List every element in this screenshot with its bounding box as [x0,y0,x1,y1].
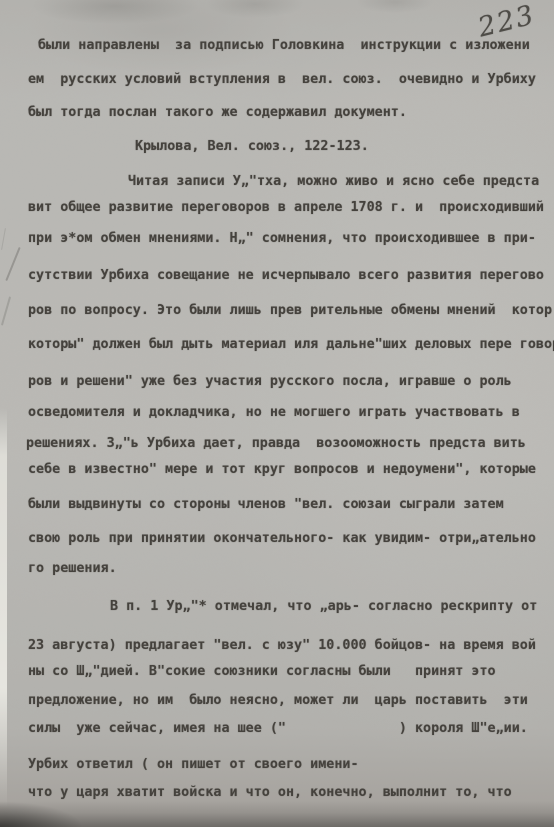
text-line: ров и решени" уже без участия русского п… [28,374,512,390]
text-line: ем русских условий вступления в вел. сою… [28,72,536,88]
pencil-mark [5,247,20,281]
pencil-mark [1,296,11,325]
text-line: были направлены за подписью Головкина ин… [38,38,530,54]
text-line: Урбих ответил ( он пишет от своего имени… [28,757,359,773]
text-line: вит общее развитие переговоров в апреле … [28,200,544,216]
text-line: себе в известно" мере и тот круг вопросо… [28,462,536,478]
handwritten-page-number: 223 [476,0,539,44]
text-line: силы уже сейчас, имея на шее (" ) короля… [28,721,528,737]
text-line: осведомителя и докладчика, но не могшего… [28,405,520,421]
text-line: ров по вопросу. Это были лишь прев рител… [28,303,552,319]
text-line: решениях. З„"ь Урбиха дает, правда возоо… [26,436,526,452]
text-line: В п. 1 Ур„"* отмечал, что „арь- согласно… [110,599,537,615]
text-line: Крылова, Вел. союз., 122-123. [135,139,369,155]
text-line: которы" должен был дыть материал иля дал… [28,337,554,353]
pencil-mark [1,228,6,250]
text-line: сутствии Урбиха совещание не исчерпывало… [28,268,544,284]
text-line: были выдвинуты со стороны членов "вел. с… [28,497,504,513]
text-line: Читая записи У„"тха, можно живо и ясно с… [128,174,539,190]
paper-edge [0,408,7,808]
text-line: свою роль при принятии окончательного- к… [28,531,536,547]
text-line: при э*ом обмен мнениями. Н„" сомнения, ч… [28,231,536,247]
document-page: 223 были направлены за подписью Головкин… [0,0,554,827]
text-line: го решения. [28,561,117,577]
text-line: ны со Ш„"дией. В"сокие союзники согласны… [28,664,496,680]
text-line: 23 августа) предлагает "вел. с юзу" 10.0… [28,638,536,654]
corner-shadow [0,787,120,827]
text-line: предложение, но им было неясно, может ли… [28,693,528,709]
text-line: был тогда послан такого же содержавил до… [28,105,407,121]
